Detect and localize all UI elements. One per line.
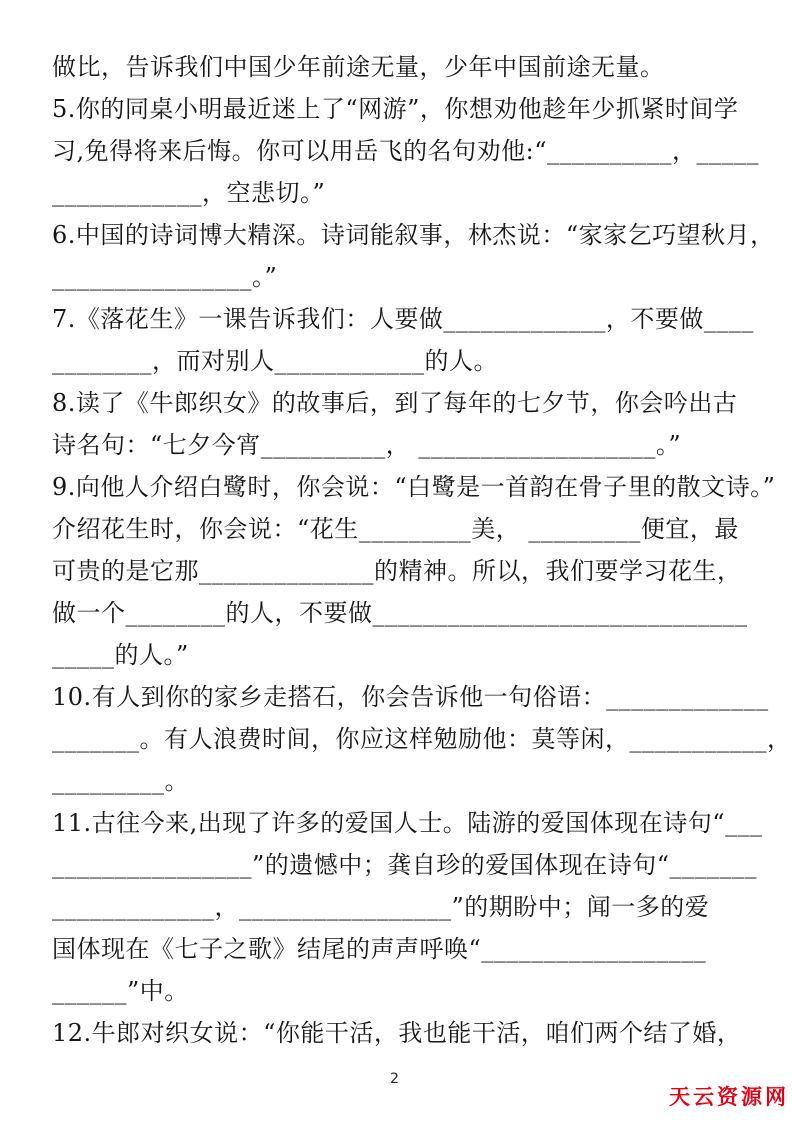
question-8-line: 诗名句：“七夕今宵__________， ___________________…: [52, 424, 764, 466]
text-line: 做比，告诉我们中国少年前途无量，少年中国前途无量。: [52, 46, 764, 88]
question-9-line: _____的人。”: [52, 634, 764, 676]
question-6-line: 6.中国的诗词博大精深。诗词能叙事，林杰说：“家家乞巧望秋月，: [52, 214, 764, 256]
question-9-line: 做一个________的人，不要做_______________________…: [52, 592, 764, 634]
question-5-line: 5.你的同桌小明最近迷上了“网游”，你想劝他趁年少抓紧时间学: [52, 88, 764, 130]
question-5-line: ____________，空悲切。”: [52, 172, 764, 214]
question-10-line: _______。有人浪费时间，你应这样勉励他：莫等闲，___________，: [52, 718, 764, 760]
question-7-line: ________，而对别人____________的人。: [52, 340, 764, 382]
question-11-line: 国体现在《七子之歌》结尾的声声呼唤“__________________: [52, 928, 764, 970]
question-11-line: 11.古往今来,出现了许多的爱国人士。陆游的爱国体现在诗句“___: [52, 802, 764, 844]
question-5-line: 习,免得将来后悔。你可以用岳飞的名句劝他:“__________，_____: [52, 130, 764, 172]
question-9-line: 可贵的是它那______________的精神。所以，我们要学习花生，: [52, 550, 764, 592]
worksheet-page: 做比，告诉我们中国少年前途无量，少年中国前途无量。 5.你的同桌小明最近迷上了“…: [0, 0, 793, 1122]
question-9-line: 介绍花生时，你会说：“花生_________美， _________便宜，最: [52, 508, 764, 550]
question-10-line: 10.有人到你的家乡走搭石，你会告诉他一句俗语：_____________: [52, 676, 764, 718]
question-11-line: ______”中。: [52, 970, 764, 1012]
question-8-line: 8.读了《牛郎织女》的故事后，到了每年的七夕节，你会吟出古: [52, 382, 764, 424]
question-11-line: _____________，_________________”的期盼中；闻一多…: [52, 886, 764, 928]
question-10-line: _________。: [52, 760, 764, 802]
watermark-site-name: 天云资源网: [669, 1081, 789, 1111]
worksheet-body: 做比，告诉我们中国少年前途无量，少年中国前途无量。 5.你的同桌小明最近迷上了“…: [52, 46, 764, 1054]
question-12-line: 12.牛郎对织女说：“你能干活，我也能干活，咱们两个结了婚，: [52, 1012, 764, 1054]
question-7-line: 7.《落花生》一课告诉我们：人要做_____________，不要做____: [52, 298, 764, 340]
page-number: 2: [390, 1071, 399, 1087]
question-9-line: 9.向他人介绍白鹭时，你会说：“白鹭是一首韵在骨子里的散文诗。”: [52, 466, 764, 508]
question-11-line: ________________”的遗憾中；龚自珍的爱国体现在诗句“______…: [52, 844, 764, 886]
question-6-line: ________________。”: [52, 256, 764, 298]
